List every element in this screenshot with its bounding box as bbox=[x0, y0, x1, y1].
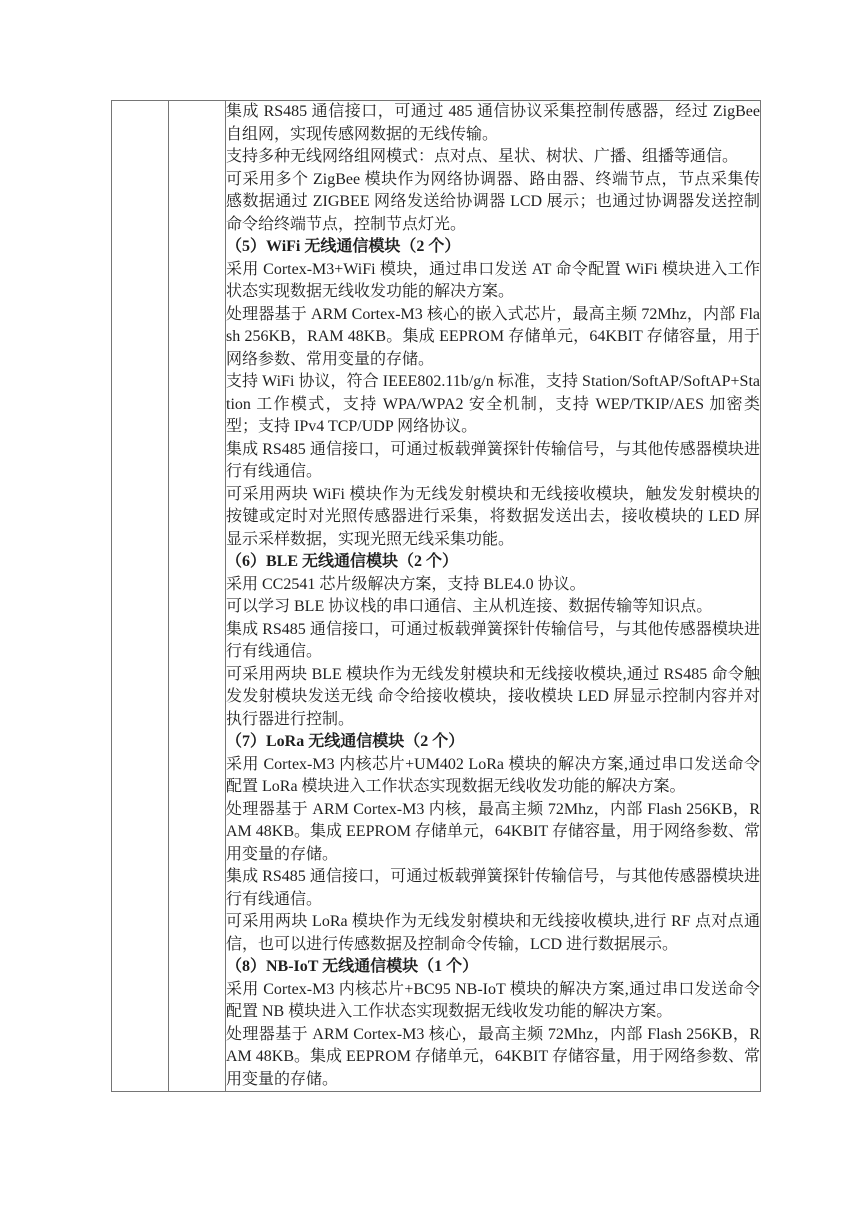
spec-paragraph: 采用 Cortex-M3 内核芯片+BC95 NB-IoT 模块的解决方案,通过… bbox=[226, 979, 760, 1024]
spec-paragraph: 可采用两块 BLE 模块作为无线发射模块和无线接收模块,通过 RS485 命令触… bbox=[226, 664, 760, 732]
empty-cell-1 bbox=[112, 101, 169, 1092]
spec-paragraph: 可采用两块 LoRa 模块作为无线发射模块和无线接收模块,进行 RF 点对点通信… bbox=[226, 911, 760, 956]
spec-paragraph: 采用 CC2541 芯片级解决方案，支持 BLE4.0 协议。 bbox=[226, 574, 760, 597]
paragraph-container: 集成 RS485 通信接口，可通过 485 通信协议采集控制传感器，经过 Zig… bbox=[226, 101, 760, 1091]
section-heading: （5）WiFi 无线通信模块（2 个） bbox=[226, 236, 760, 259]
spec-paragraph: 可采用多个 ZigBee 模块作为网络协调器、路由器、终端节点，节点采集传感数据… bbox=[226, 169, 760, 237]
spec-table-row: 集成 RS485 通信接口，可通过 485 通信协议采集控制传感器，经过 Zig… bbox=[112, 101, 761, 1092]
section-heading: （7）LoRa 无线通信模块（2 个） bbox=[226, 731, 760, 754]
section-heading: （6）BLE 无线通信模块（2 个） bbox=[226, 551, 760, 574]
spec-paragraph: 集成 RS485 通信接口，可通过板载弹簧探针传输信号，与其他传感器模块进行有线… bbox=[226, 866, 760, 911]
spec-paragraph: 采用 Cortex-M3 内核芯片+UM402 LoRa 模块的解决方案,通过串… bbox=[226, 754, 760, 799]
spec-paragraph: 集成 RS485 通信接口，可通过板载弹簧探针传输信号，与其他传感器模块进行有线… bbox=[226, 439, 760, 484]
spec-paragraph: 处理器基于 ARM Cortex-M3 核心，最高主频 72Mhz，内部 Fla… bbox=[226, 1024, 760, 1092]
spec-paragraph: 支持 WiFi 协议，符合 IEEE802.11b/g/n 标准，支持 Stat… bbox=[226, 371, 760, 439]
spec-paragraph: 集成 RS485 通信接口，可通过板载弹簧探针传输信号，与其他传感器模块进行有线… bbox=[226, 619, 760, 664]
spec-paragraph: 采用 Cortex-M3+WiFi 模块，通过串口发送 AT 命令配置 WiFi… bbox=[226, 259, 760, 304]
spec-paragraph: 支持多种无线网络组网模式：点对点、星状、树状、广播、组播等通信。 bbox=[226, 146, 760, 169]
empty-cell-2 bbox=[169, 101, 226, 1092]
content-cell: 集成 RS485 通信接口，可通过 485 通信协议采集控制传感器，经过 Zig… bbox=[226, 101, 761, 1092]
section-heading: （8）NB-IoT 无线通信模块（1 个） bbox=[226, 956, 760, 979]
spec-paragraph: 可以学习 BLE 协议栈的串口通信、主从机连接、数据传输等知识点。 bbox=[226, 596, 760, 619]
spec-paragraph: 处理器基于 ARM Cortex-M3 内核，最高主频 72Mhz，内部 Fla… bbox=[226, 799, 760, 867]
spec-paragraph: 集成 RS485 通信接口，可通过 485 通信协议采集控制传感器，经过 Zig… bbox=[226, 101, 760, 146]
spec-paragraph: 处理器基于 ARM Cortex-M3 核心的嵌入式芯片，最高主频 72Mhz，… bbox=[226, 304, 760, 372]
document-page: 集成 RS485 通信接口，可通过 485 通信协议采集控制传感器，经过 Zig… bbox=[0, 0, 860, 1217]
spec-paragraph: 可采用两块 WiFi 模块作为无线发射模块和无线接收模块，触发发射模块的按键或定… bbox=[226, 484, 760, 552]
spec-table: 集成 RS485 通信接口，可通过 485 通信协议采集控制传感器，经过 Zig… bbox=[111, 100, 761, 1092]
